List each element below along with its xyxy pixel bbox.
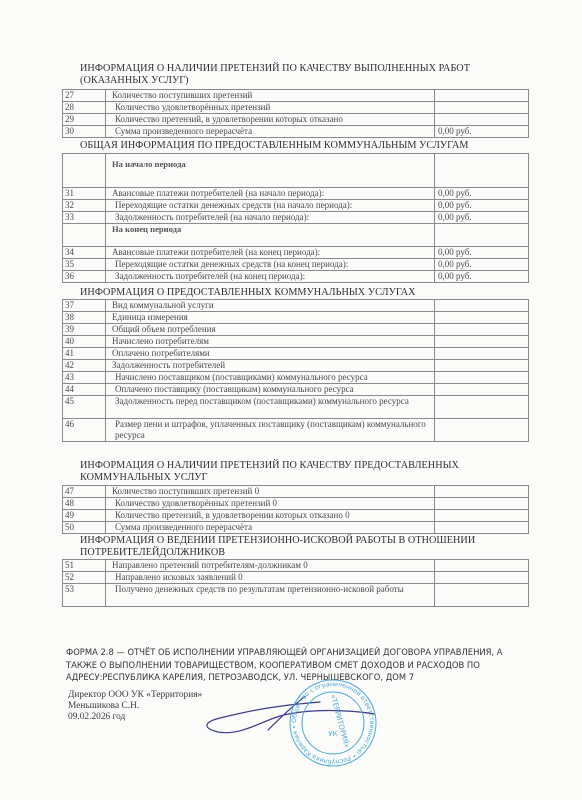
row-label: Оплачено потребителями [106, 348, 435, 360]
table-row: 41Оплачено потребителями [63, 348, 529, 360]
row-label: Сумма произведенного перерасчёта [106, 522, 435, 534]
table-row: 35Переходящие остатки денежных средств (… [63, 259, 529, 271]
row-number: 44 [63, 384, 106, 396]
row-value [435, 498, 529, 510]
row-label: Переходящие остатки денежных средств (на… [106, 259, 435, 271]
svg-text:«ТЕРРИТОРИЯ»: «ТЕРРИТОРИЯ» [329, 694, 351, 749]
row-number [63, 154, 106, 188]
row-label: Задолженность потребителей (на конец пер… [106, 271, 435, 283]
table-row: 27Количество поступивших претензий [63, 90, 529, 102]
row-value [435, 510, 529, 522]
utilities-info-table: 37Вид коммунальной услуги38Единица измер… [62, 299, 529, 442]
period-subheading: На конец периода [106, 224, 435, 247]
row-number: 47 [63, 486, 106, 498]
row-number: 42 [63, 360, 106, 372]
row-number: 28 [63, 102, 106, 114]
row-value [435, 90, 529, 102]
row-number: 50 [63, 522, 106, 534]
signer-position: Директор ООО УК «Территория» [68, 690, 202, 701]
table-row: 39Общий объем потребления [63, 324, 529, 336]
row-label: Авансовые платежи потребителей (на начал… [106, 188, 435, 200]
table-row: 40Начислено потребителям [63, 336, 529, 348]
table-row: 42Задолженность потребителей [63, 360, 529, 372]
section-title-general-utilities: ОБЩАЯ ИНФОРМАЦИЯ ПО ПРЕДОСТАВЛЕННЫМ КОММ… [80, 140, 469, 152]
row-label: Авансовые платежи потребителей (на конец… [106, 247, 435, 259]
row-label: Количество претензий, в удовлетворении к… [106, 114, 435, 126]
row-label: Задолженность перед поставщиком (поставщ… [106, 396, 435, 419]
table-row: 50Сумма произведенного перерасчёта [63, 522, 529, 534]
row-value [435, 312, 529, 324]
row-number: 37 [63, 300, 106, 312]
table-row: 53Получено денежных средств по результат… [63, 584, 529, 607]
row-value [435, 114, 529, 126]
row-number: 34 [63, 247, 106, 259]
signature-date: 09.02.2026 год [68, 712, 202, 723]
table-row: 48Количество удовлетворённых претензий 0 [63, 498, 529, 510]
row-number: 32 [63, 200, 106, 212]
row-label: Единица измерения [106, 312, 435, 324]
row-value: 0,00 руб. [435, 212, 529, 224]
row-number: 30 [63, 126, 106, 138]
row-number: 33 [63, 212, 106, 224]
row-value [435, 324, 529, 336]
table-row: 36Задолженность потребителей (на конец п… [63, 271, 529, 283]
row-number: 38 [63, 312, 106, 324]
row-number: 45 [63, 396, 106, 419]
row-value: 0,00 руб. [435, 247, 529, 259]
row-value [435, 486, 529, 498]
row-value [435, 419, 529, 442]
row-label: Начислено потребителям [106, 336, 435, 348]
claims-works-table: 27Количество поступивших претензий28Коли… [62, 89, 529, 138]
table-row: 34Авансовые платежи потребителей (на кон… [63, 247, 529, 259]
section-title-claims-litigation: ИНФОРМАЦИЯ О ВЕДЕНИИ ПРЕТЕНЗИОННО-ИСКОВО… [80, 535, 510, 559]
row-label: Начислено поставщиком (поставщиками) ком… [106, 372, 435, 384]
row-number: 46 [63, 419, 106, 442]
document-page: ИНФОРМАЦИЯ О НАЛИЧИИ ПРЕТЕНЗИЙ ПО КАЧЕСТ… [0, 0, 582, 800]
row-value [435, 522, 529, 534]
row-value [435, 300, 529, 312]
row-number: 43 [63, 372, 106, 384]
row-number: 51 [63, 560, 106, 572]
row-value [435, 560, 529, 572]
row-value [435, 154, 529, 188]
row-label: Задолженность потребителей (на начало пе… [106, 212, 435, 224]
row-value: 0,00 руб. [435, 200, 529, 212]
row-number: 35 [63, 259, 106, 271]
general-utilities-table: На начало периода31Авансовые платежи пот… [62, 153, 529, 283]
row-label: Оплачено поставщику (поставщикам) коммун… [106, 384, 435, 396]
row-value: 0,00 руб. [435, 259, 529, 271]
table-row: 31Авансовые платежи потребителей (на нач… [63, 188, 529, 200]
row-value [435, 336, 529, 348]
row-label: Количество поступивших претензий [106, 90, 435, 102]
table-row: 30Сумма произведенного перерасчёта0,00 р… [63, 126, 529, 138]
section-title-utilities-info: ИНФОРМАЦИЯ О ПРЕДОСТАВЛЕННЫХ КОММУНАЛЬНЫ… [80, 287, 416, 299]
row-label: Переходящие остатки денежных средств (на… [106, 200, 435, 212]
row-value: 0,00 руб. [435, 188, 529, 200]
table-row: 32Переходящие остатки денежных средств (… [63, 200, 529, 212]
row-number: 49 [63, 510, 106, 522]
row-number: 29 [63, 114, 106, 126]
table-row: 29Количество претензий, в удовлетворении… [63, 114, 529, 126]
row-number: 31 [63, 188, 106, 200]
row-value: 0,00 руб. [435, 271, 529, 283]
row-label: Количество поступивших претензий 0 [106, 486, 435, 498]
row-label: Количество удовлетворённых претензий [106, 102, 435, 114]
section-title-claims-works: ИНФОРМАЦИЯ О НАЛИЧИИ ПРЕТЕНЗИЙ ПО КАЧЕСТ… [80, 63, 530, 87]
row-number: 27 [63, 90, 106, 102]
table-row: 28Количество удовлетворённых претензий [63, 102, 529, 114]
claims-litigation-table: 51Направлено претензий потребителям-долж… [62, 559, 529, 607]
row-value [435, 224, 529, 247]
section-title-claims-utilities: ИНФОРМАЦИЯ О НАЛИЧИИ ПРЕТЕНЗИЙ ПО КАЧЕСТ… [80, 460, 510, 484]
row-label: Направлено претензий потребителям-должни… [106, 560, 435, 572]
row-number: 48 [63, 498, 106, 510]
row-label: Получено денежных средств по результатам… [106, 584, 435, 607]
row-number: 39 [63, 324, 106, 336]
table-row: 45Задолженность перед поставщиком (поста… [63, 396, 529, 419]
period-subheading: На начало периода [106, 154, 435, 188]
row-number: 52 [63, 572, 106, 584]
row-label: Направлено исковых заявлений 0 [106, 572, 435, 584]
row-label: Размер пени и штрафов, уплаченных постав… [106, 419, 435, 442]
row-label: Вид коммунальной услуги [106, 300, 435, 312]
table-row: 44Оплачено поставщику (поставщикам) комм… [63, 384, 529, 396]
row-value [435, 360, 529, 372]
row-number: 40 [63, 336, 106, 348]
row-number: 41 [63, 348, 106, 360]
organization-stamp-icon: Общество с ограниченной ответственностью… [288, 678, 378, 768]
row-label: Количество удовлетворённых претензий 0 [106, 498, 435, 510]
row-value [435, 572, 529, 584]
svg-text:УК: УК [328, 730, 337, 738]
row-label: Количество претензий, в удовлетворении к… [106, 510, 435, 522]
table-row: 37Вид коммунальной услуги [63, 300, 529, 312]
row-label: Общий объем потребления [106, 324, 435, 336]
row-number: 36 [63, 271, 106, 283]
table-row: 49Количество претензий, в удовлетворении… [63, 510, 529, 522]
table-row: 46Размер пени и штрафов, уплаченных пост… [63, 419, 529, 442]
row-value [435, 102, 529, 114]
signer-name: Меньшикова С.Н. [68, 701, 202, 712]
table-row: 38Единица измерения [63, 312, 529, 324]
row-value [435, 584, 529, 607]
row-value: 0,00 руб. [435, 126, 529, 138]
row-label: Задолженность потребителей [106, 360, 435, 372]
table-row: 47Количество поступивших претензий 0 [63, 486, 529, 498]
table-row: 43Начислено поставщиком (поставщиками) к… [63, 372, 529, 384]
row-label: Сумма произведенного перерасчёта [106, 126, 435, 138]
table-row: 33Задолженность потребителей (на начало … [63, 212, 529, 224]
claims-utilities-table: 47Количество поступивших претензий 048Ко… [62, 485, 529, 534]
table-row: 52Направлено исковых заявлений 0 [63, 572, 529, 584]
row-value [435, 396, 529, 419]
table-row: 51Направлено претензий потребителям-долж… [63, 560, 529, 572]
subheading-row: На конец периода [63, 224, 529, 247]
subheading-row: На начало периода [63, 154, 529, 188]
row-value [435, 384, 529, 396]
signature-block: Директор ООО УК «Территория» Меньшикова … [68, 690, 202, 723]
row-number [63, 224, 106, 247]
row-value [435, 372, 529, 384]
row-number: 53 [63, 584, 106, 607]
row-value [435, 348, 529, 360]
